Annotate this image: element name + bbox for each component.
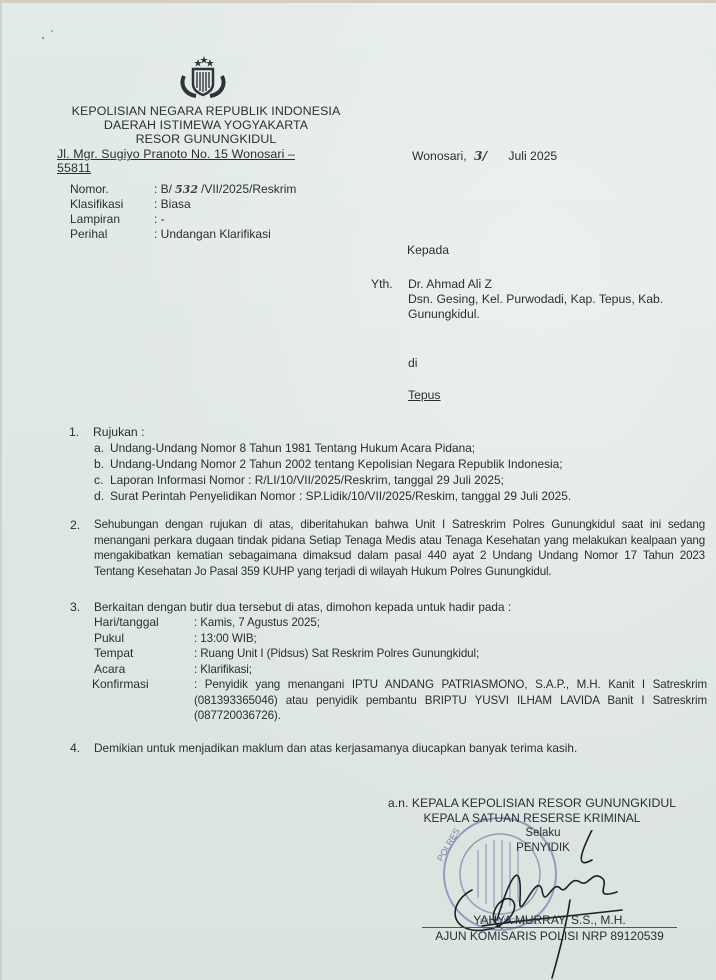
letterhead-region: DAERAH ISTIMEWA YOGYAKARTA [56, 118, 356, 132]
rujukan-item-text: Surat Perintah Penyelidikan Nomor : SP.L… [110, 489, 571, 504]
nomor-label: Nomor. [70, 182, 109, 197]
kepada-label: Kepada [407, 243, 449, 258]
recipient-city: Tepus [408, 388, 441, 403]
date-day-handwritten: 3/ [474, 149, 487, 163]
rujukan-item-letter: a. [94, 441, 104, 456]
recipient-address-line2: Gunungkidul. [408, 307, 480, 322]
yth-label: Yth. [371, 277, 393, 292]
p1-title: Rujukan : [93, 425, 145, 440]
p4-number: 4. [70, 741, 80, 756]
detail-label: Hari/tanggal [94, 615, 159, 630]
perihal-value: : Undangan Klarifikasi [154, 227, 271, 242]
detail-label: Konfirmasi [92, 677, 149, 692]
p3-number: 3. [70, 600, 80, 615]
detail-label: Acara [94, 662, 125, 677]
p4-text: Demikian untuk menjadikan maklum dan ata… [94, 741, 577, 756]
nomor-value: : B/532/VII/2025/Reskrim [154, 182, 296, 197]
lampiran-value: : - [154, 212, 165, 227]
detail-label: Tempat [94, 646, 133, 661]
rujukan-item-letter: b. [94, 457, 104, 472]
signature-divider [422, 927, 677, 928]
letterhead-address: Jl. Mgr. Sugiyo Pranoto No. 15 Wonosari … [57, 147, 329, 175]
di-label: di [408, 356, 418, 371]
detail-value: : Kamis, 7 Agustus 2025; [194, 615, 707, 631]
nomor-prefix: : B/ [154, 182, 172, 196]
lampiran-label: Lampiran [70, 212, 120, 227]
rujukan-item-letter: c. [94, 473, 103, 488]
signatory-position: KEPALA SATUAN RESERSE KRIMINAL [382, 811, 682, 826]
klasifikasi-label: Klasifikasi [70, 197, 123, 212]
detail-value: : Penyidik yang menangani IPTU ANDANG PA… [194, 677, 707, 724]
signatory-rank-nrp: AJUN KOMISARIS POLISI NRP 89120539 [422, 929, 677, 944]
recipient-name: Dr. Ahmad Ali Z [408, 277, 492, 292]
paper-speck-icon [40, 28, 60, 48]
p1-number: 1. [69, 425, 79, 440]
letterhead-institution: KEPOLISIAN NEGARA REPUBLIK INDONESIA [56, 104, 356, 118]
letter-date: Wonosari, 3/ Juli 2025 [412, 149, 557, 164]
letterhead-unit: RESOR GUNUNGKIDUL [56, 132, 356, 146]
rujukan-item-letter: d. [94, 489, 104, 504]
detail-value: : 13:00 WIB; [194, 631, 707, 647]
date-month-year: Juli 2025 [508, 149, 557, 163]
detail-value: : Klarifikasi; [194, 662, 707, 678]
letter-page: KEPOLISIAN NEGARA REPUBLIK INDONESIA DAE… [0, 0, 716, 980]
signatory-name: YAHYA MURRAY, S.S., M.H. [422, 913, 677, 928]
klasifikasi-value: : Biasa [154, 197, 191, 212]
recipient-address-line1: Dsn. Gesing, Kel. Purwodadi, Kap. Tepus,… [408, 292, 663, 307]
signatory-on-behalf: a.n. KEPALA KEPOLISIAN RESOR GUNUNGKIDUL [382, 796, 682, 811]
rujukan-item-text: Undang-Undang Nomor 2 Tahun 2002 tentang… [110, 457, 563, 472]
police-crest-icon [174, 54, 232, 98]
nomor-suffix: /VII/2025/Reskrim [201, 182, 296, 196]
p3-intro: Berkaitan dengan butir dua tersebut di a… [94, 600, 511, 615]
rujukan-item-text: Undang-Undang Nomor 8 Tahun 1981 Tentang… [110, 441, 475, 456]
detail-value: : Ruang Unit I (Pidsus) Sat Reskrim Polr… [194, 646, 707, 662]
detail-label: Pukul [94, 631, 124, 646]
perihal-label: Perihal [70, 227, 107, 242]
rujukan-item-text: Laporan Informasi Nomor : R/LI/10/VII/20… [110, 473, 504, 488]
handwritten-signature-icon [442, 830, 642, 980]
p2-number: 2. [70, 518, 80, 533]
nomor-handwritten: 532 [175, 183, 198, 196]
p2-text: Sehubungan dengan rujukan di atas, diber… [94, 517, 705, 579]
date-place: Wonosari, [412, 149, 467, 163]
